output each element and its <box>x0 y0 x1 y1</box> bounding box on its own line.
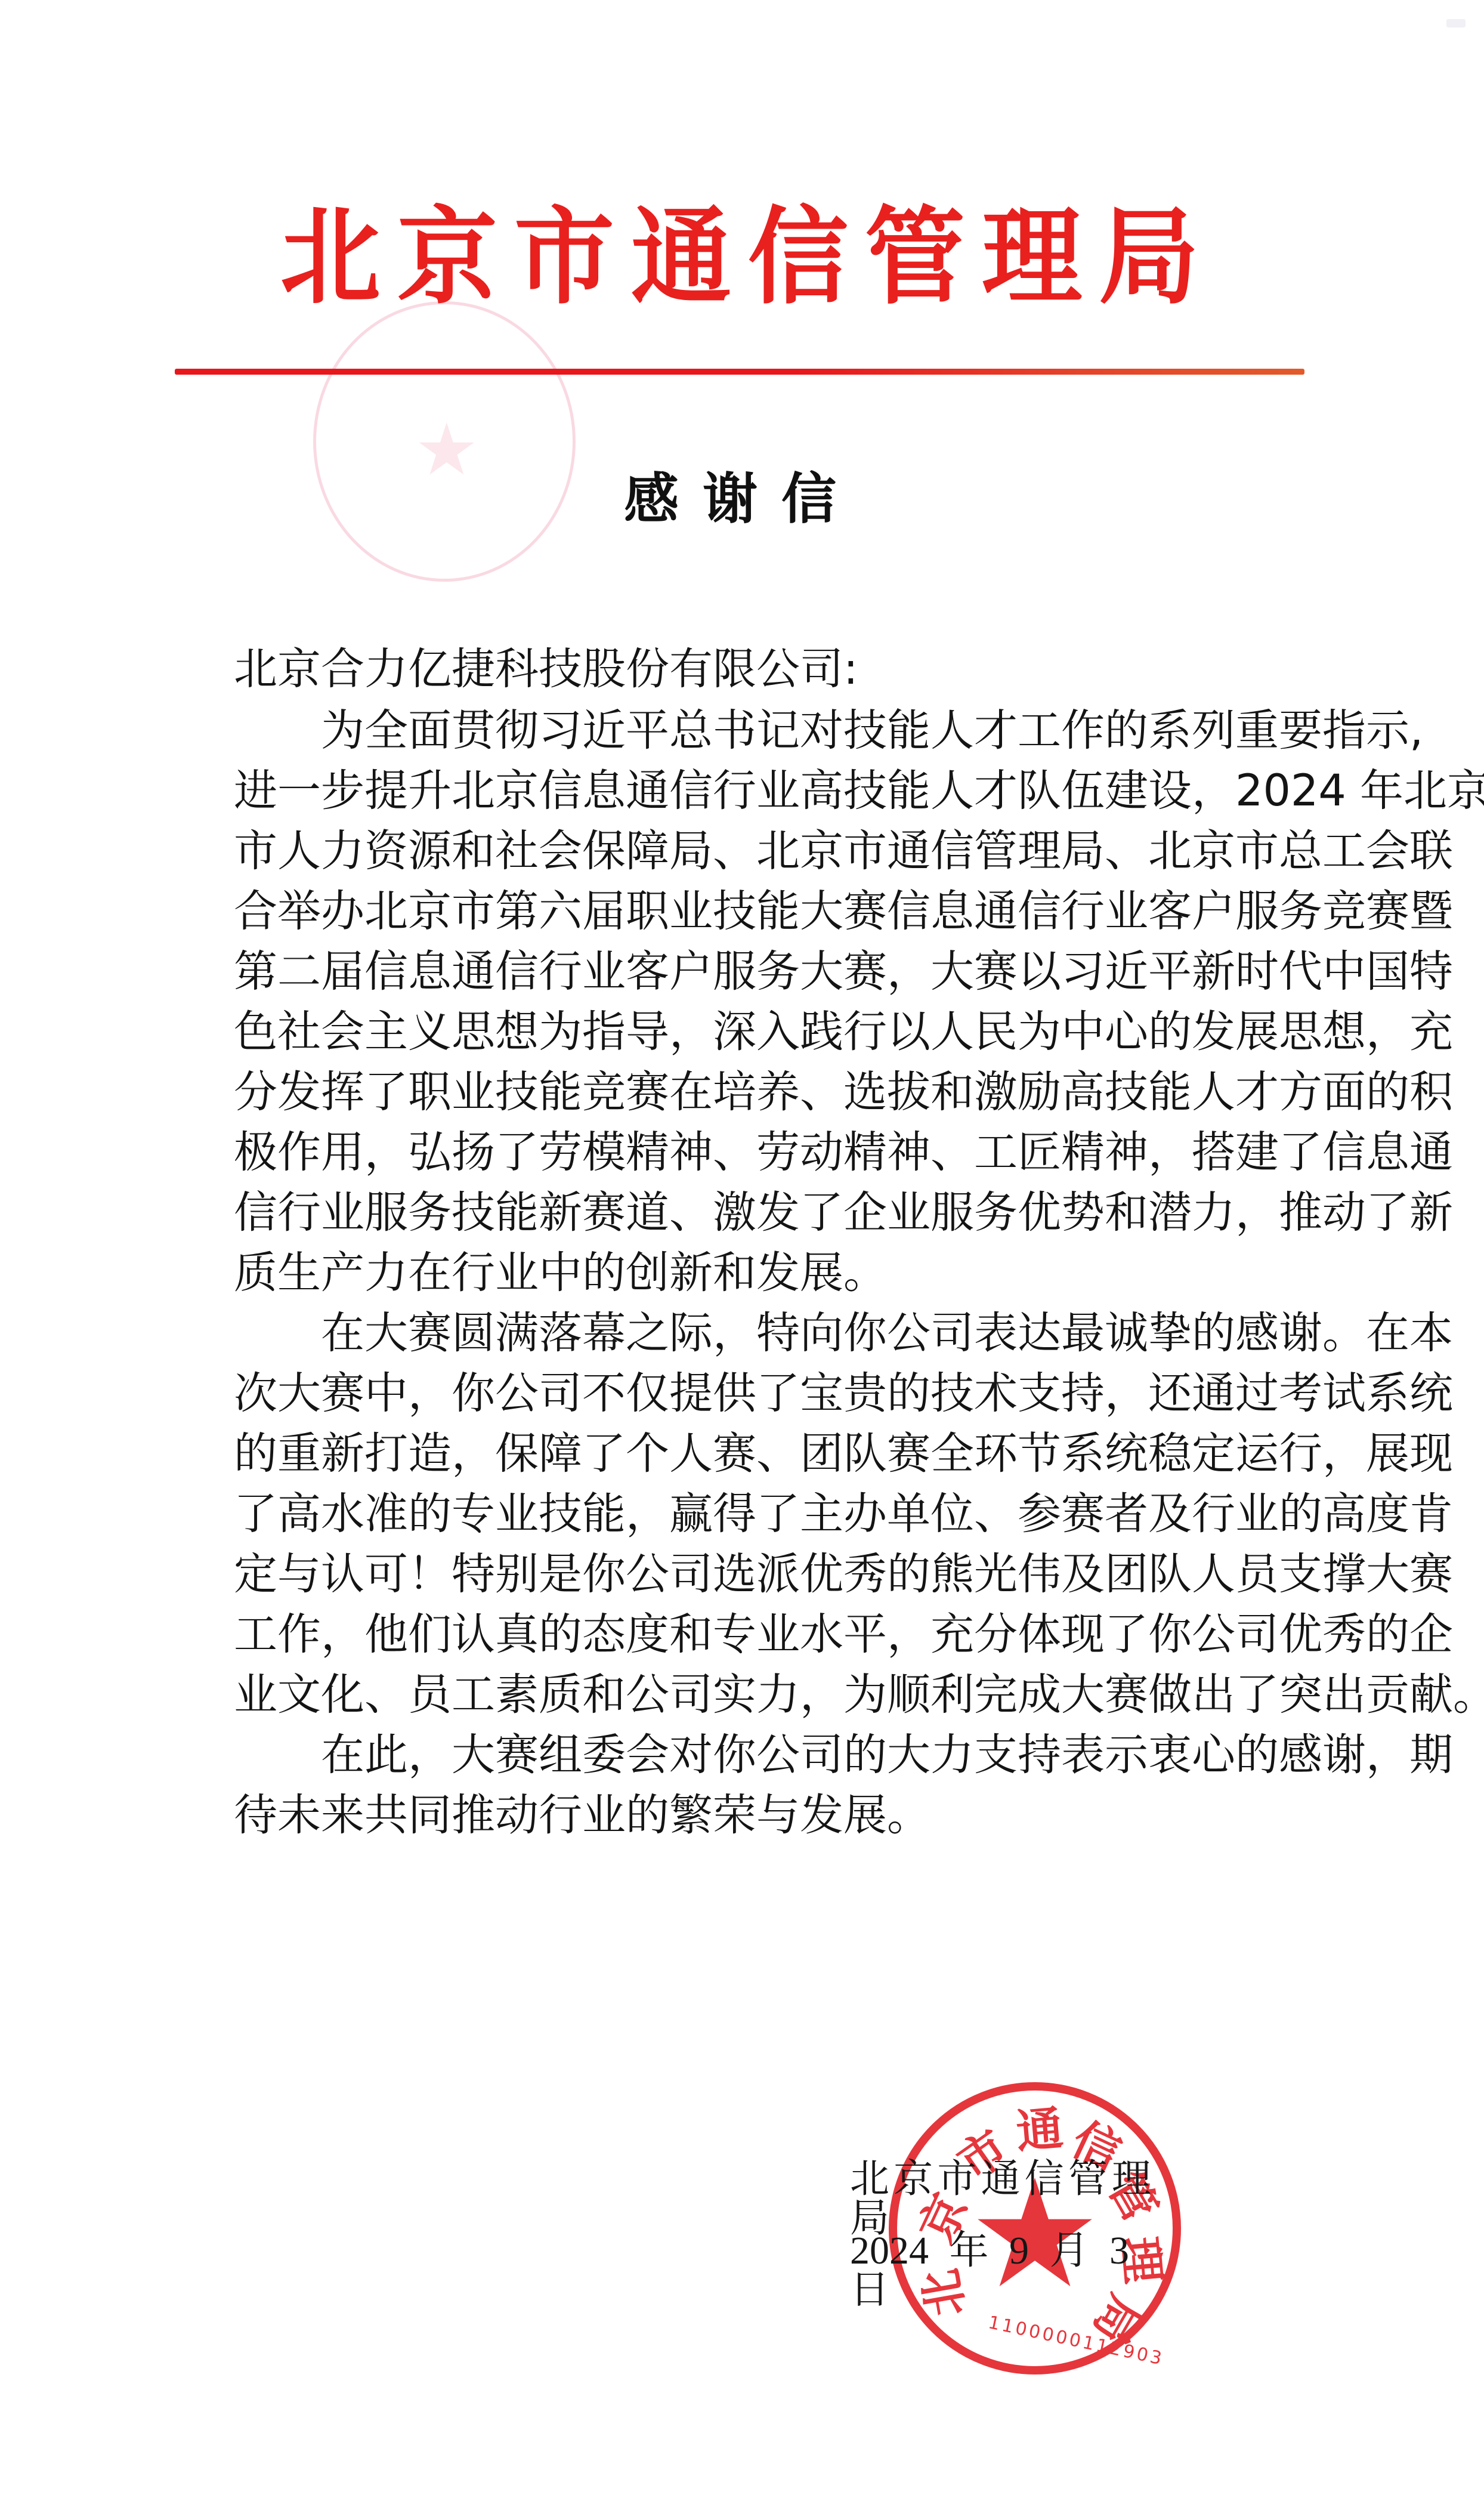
letterhead-char: 信 <box>748 204 848 309</box>
paragraph-1-line: 第二届信息通信行业客户服务大赛，大赛以习近平新时代中国特 <box>234 950 1269 993</box>
paragraph-2-line: 定与认可！特别是你公司选派优秀的熊光伟及团队人员支撑大赛 <box>234 1552 1269 1596</box>
letter-page: ★ 北 京 市 通 信 管 理 局 感谢信 北京合力亿捷科技股份有限公司: 为全… <box>0 0 1484 2501</box>
letterhead-char: 京 <box>397 204 497 309</box>
paragraph-2-line: 在大赛圆满落幕之际，特向你公司表达最诚挚的感谢。在本 <box>321 1311 1269 1355</box>
paragraph-1-line: 信行业服务技能新赛道、激发了企业服务优势和潜力，推动了新 <box>234 1191 1269 1234</box>
paragraph-1-line: 色社会主义思想为指导，深入践行以人民为中心的发展思想，充 <box>234 1010 1269 1054</box>
paragraph-1-line: 分发挥了职业技能竞赛在培养、选拔和激励高技能人才方面的积 <box>234 1070 1269 1114</box>
paragraph-1-line: 为全面贯彻习近平总书记对技能人才工作的系列重要指示, <box>321 709 1269 752</box>
paragraph-2-line: 的重新打造，保障了个人赛、团队赛全环节系统稳定运行，展现 <box>234 1432 1269 1475</box>
letterhead-char: 管 <box>865 204 965 309</box>
paragraph-3-line: 在此，大赛组委会对你公司的大力支持表示衷心的感谢，期 <box>321 1733 1269 1777</box>
paragraph-1-line: 进一步提升北京信息通信行业高技能人才队伍建设，2024 年北京 <box>234 769 1269 813</box>
paragraph-1-line: 合举办北京市第六届职业技能大赛信息通信行业客户服务竞赛暨 <box>234 890 1269 933</box>
signature-date: 2024 年 9 月 3 日 <box>850 2231 1148 2310</box>
letterhead-char: 局 <box>1099 204 1199 309</box>
paragraph-1-line: 市人力资源和社会保障局、北京市通信管理局、北京市总工会联 <box>234 829 1269 873</box>
letterhead-char: 理 <box>982 204 1082 309</box>
paragraph-2-line: 工作，他们认真的态度和专业水平，充分体现了你公司优秀的企 <box>234 1613 1269 1656</box>
salutation: 北京合力亿捷科技股份有限公司: <box>234 647 858 691</box>
paragraph-2-line: 业文化、员工素质和公司实力，为顺利完成大赛做出了突出贡献。 <box>234 1673 1269 1716</box>
paragraph-3-line: 待未来共同推动行业的繁荣与发展。 <box>234 1793 930 1837</box>
scan-artifact <box>1446 19 1466 27</box>
letterhead-char: 市 <box>514 204 614 309</box>
letterhead-title: 北 京 市 通 信 管 理 局 <box>280 197 1199 316</box>
signature-organization: 北京市通信管理局 <box>850 2160 1151 2238</box>
seal-text-char: 通 <box>1015 2105 1065 2156</box>
document-title: 感谢信 <box>0 471 1484 526</box>
letterhead-divider <box>175 369 1304 375</box>
paragraph-2-line: 了高水准的专业技能，赢得了主办单位、参赛者及行业的高度肯 <box>234 1492 1269 1536</box>
letterhead-char: 北 <box>280 204 381 309</box>
paragraph-2-line: 次大赛中，你公司不仅提供了宝贵的技术支持，还通过考试系统 <box>234 1372 1269 1415</box>
paragraph-1-line: 质生产力在行业中的创新和发展。 <box>234 1251 887 1295</box>
letterhead-char: 通 <box>631 204 731 309</box>
paragraph-1-line: 极作用，弘扬了劳模精神、劳动精神、工匠精神，搭建了信息通 <box>234 1131 1269 1174</box>
faded-seal-impression: ★ <box>313 301 576 582</box>
